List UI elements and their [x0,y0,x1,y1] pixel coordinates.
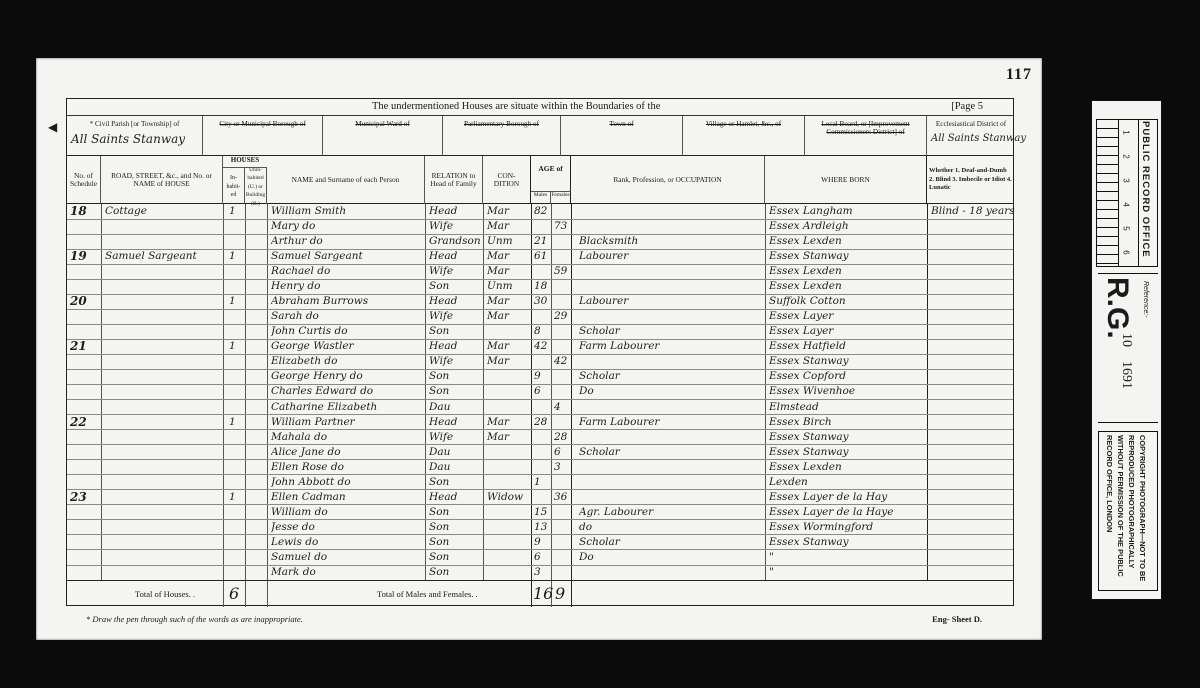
infirmity [931,430,1015,446]
infirmity [931,339,1015,355]
female-age: 6 [554,445,570,461]
relation: Wife [429,354,481,370]
where-born: Essex Lexden [769,279,925,295]
where-born: Essex Layer [769,324,925,340]
female-age: 28 [554,430,570,446]
inhabited-count [229,445,243,461]
relation: Head [429,204,481,220]
female-age [554,294,570,310]
road-or-house [105,565,221,581]
table-row: Arthur doGrandsonUnm21BlacksmithEssex Le… [67,234,1013,250]
road-or-house [105,384,221,400]
header-age: AGE of [531,156,571,192]
condition: Mar [487,204,529,220]
road-or-house [105,550,221,566]
person-name: Mary do [271,219,423,235]
header-where-born: WHERE BORN [765,156,927,204]
female-age: 29 [554,309,570,325]
inhabited-count [229,430,243,446]
inhabited-count: 1 [229,415,243,431]
road-or-house [105,430,221,446]
male-age: 1 [534,475,550,491]
header-schedule: No. of Schedule [67,156,101,204]
occupation: Labourer [579,249,763,265]
female-age [554,565,570,581]
relation: Head [429,415,481,431]
boundaries-banner: The undermentioned Houses are situate wi… [67,99,1013,116]
male-age: 82 [534,204,550,220]
header-houses: HOUSES [223,156,267,168]
schedule-number [70,369,100,385]
inhabited-count [229,264,243,280]
male-age: 9 [534,369,550,385]
condition: Mar [487,264,529,280]
relation: Son [429,520,481,536]
relation: Wife [429,430,481,446]
male-age [534,309,550,325]
male-age: 8 [534,324,550,340]
table-row: 201Abraham BurrowsHeadMar30LabourerSuffo… [67,294,1013,310]
where-born: Suffolk Cotton [769,294,925,310]
schedule-number [70,460,100,476]
occupation: do [579,520,763,536]
person-name: Samuel do [271,550,423,566]
occupation: Labourer [579,294,763,310]
condition: Mar [487,309,529,325]
inhabited-count [229,460,243,476]
male-age [534,354,550,370]
person-name: Sarah do [271,309,423,325]
male-age: 18 [534,279,550,295]
relation: Son [429,324,481,340]
schedule-number: 22 [70,415,100,431]
header-infirmity: Whether 1. Deaf-and-Dumb 2. Blind 3. Imb… [927,156,1015,204]
female-age [554,550,570,566]
road-or-house [105,535,221,551]
male-age: 9 [534,535,550,551]
inhabited-count [229,384,243,400]
archive-reference-tag: 1 2 3 4 5 6 PUBLIC RECORD OFFICE R.G. Re… [1091,100,1162,600]
schedule-number [70,475,100,491]
female-age [554,279,570,295]
village-cell: Village or Hamlet, &c., of [683,116,805,156]
person-name: Ellen Rose do [271,460,423,476]
table-row: Henry doSonUnm18Essex Lexden [67,279,1013,295]
inhabited-count [229,279,243,295]
relation: Head [429,249,481,265]
office-name: PUBLIC RECORD OFFICE [1140,121,1151,258]
infirmity [931,384,1015,400]
person-name: John Abbott do [271,475,423,491]
relation: Wife [429,219,481,235]
person-name: Lewis do [271,535,423,551]
female-age [554,535,570,551]
where-born: Essex Stanway [769,354,925,370]
ruler-number: 4 [1122,202,1131,206]
table-row: Catharine ElizabethDau4Elmstead [67,400,1013,416]
census-form: The undermentioned Houses are situate wi… [66,98,1014,606]
inhabited-count [229,324,243,340]
condition [487,369,529,385]
condition: Widow [487,490,529,506]
road-or-house [105,324,221,340]
female-age: 3 [554,460,570,476]
schedule-number [70,400,100,416]
table-row: John Curtis doSon8ScholarEssex Layer [67,324,1013,340]
schedule-number [70,279,100,295]
header-occupation: Rank, Profession, or OCCUPATION [571,156,765,204]
occupation [579,400,763,416]
inhabited-count [229,369,243,385]
road-or-house [105,339,221,355]
header-males: Males [531,192,551,204]
inhabited-count: 1 [229,339,243,355]
occupation [579,264,763,280]
female-age [554,475,570,491]
condition [487,535,529,551]
person-name: George Wastler [271,339,423,355]
table-row: 231Ellen CadmanHeadWidow36Essex Layer de… [67,490,1013,506]
schedule-number [70,324,100,340]
condition [487,550,529,566]
occupation: Scholar [579,445,763,461]
where-born: Essex Wivenhoe [769,384,925,400]
schedule-number: 23 [70,490,100,506]
relation: Wife [429,264,481,280]
footnote: * Draw the pen through such of the words… [86,614,303,624]
person-name: William Smith [271,204,423,220]
female-age [554,249,570,265]
person-name: Jesse do [271,520,423,536]
occupation [579,219,763,235]
ruler-number: 5 [1122,226,1131,230]
schedule-number [70,520,100,536]
schedule-number [70,565,100,581]
female-age [554,204,570,220]
male-age [534,264,550,280]
relation: Head [429,490,481,506]
where-born: Essex Layer de la Hay [769,490,925,506]
where-born: Essex Ardleigh [769,219,925,235]
female-age: 73 [554,219,570,235]
where-born: Lexden [769,475,925,491]
road-or-house [105,490,221,506]
table-row: George Henry doSon9ScholarEssex Copford [67,369,1013,385]
relation: Head [429,339,481,355]
road-or-house [105,294,221,310]
schedule-number: 19 [70,249,100,265]
table-row: William doSon15Agr. LabourerEssex Layer … [67,505,1013,521]
infirmity [931,445,1015,461]
local-board-cell: Local Board, or [Improvement Commissione… [805,116,927,156]
condition [487,324,529,340]
table-row: Mahala doWifeMar28Essex Stanway [67,430,1013,446]
where-born: Essex Lexden [769,234,925,250]
table-row: 211George WastlerHeadMar42Farm LabourerE… [67,339,1013,355]
infirmity [931,475,1015,491]
where-born: Elmstead [769,400,925,416]
male-age [534,460,550,476]
municipal-ward-cell: Municipal Ward of [323,116,443,156]
road-or-house [105,415,221,431]
schedule-number [70,264,100,280]
header-relation: RELATION to Head of Family [425,156,483,204]
male-age: 28 [534,415,550,431]
relation: Dau [429,460,481,476]
table-row: Charles Edward doSon6DoEssex Wivenhoe [67,384,1013,400]
female-age: 36 [554,490,570,506]
person-name: Arthur do [271,234,423,250]
table-row: Mark doSon3" [67,565,1013,581]
female-age [554,369,570,385]
condition [487,400,529,416]
table-row: John Abbott doSon1Lexden [67,475,1013,491]
relation: Grandson [429,234,481,250]
ecclesiastical-district-label: Ecclesiastical District of [927,120,1015,128]
relation: Son [429,369,481,385]
inhabited-count [229,234,243,250]
male-age: 30 [534,294,550,310]
where-born: Essex Lexden [769,460,925,476]
schedule-number [70,219,100,235]
infirmity [931,400,1015,416]
male-age [534,490,550,506]
road-or-house [105,369,221,385]
relation: Dau [429,400,481,416]
where-born: Essex Layer [769,309,925,325]
road-or-house [105,505,221,521]
infirmity [931,565,1015,581]
infirmity [931,324,1015,340]
inhabited-count [229,550,243,566]
condition [487,565,529,581]
person-name: William do [271,505,423,521]
column-headers: No. of Schedule ROAD, STREET, &c., and N… [67,156,1013,204]
infirmity [931,264,1015,280]
inhabited-count [229,475,243,491]
table-row: Mary doWifeMar73Essex Ardleigh [67,219,1013,235]
total-houses-label: Total of Houses. . [135,589,195,599]
road-or-house [105,279,221,295]
road-or-house [105,475,221,491]
where-born: Essex Layer de la Haye [769,505,925,521]
folio-number: 117 [1006,66,1032,84]
inhabited-count: 1 [229,490,243,506]
person-name: Catharine Elizabeth [271,400,423,416]
infirmity [931,550,1015,566]
where-born: Essex Copford [769,369,925,385]
inhabited-count [229,565,243,581]
boundaries-row: * Civil Parish [or Township] of All Sain… [67,116,1013,156]
relation: Son [429,505,481,521]
road-or-house [105,445,221,461]
occupation [579,204,763,220]
occupation: Scholar [579,324,763,340]
where-born: Essex Stanway [769,430,925,446]
occupation: Scholar [579,535,763,551]
totals-row: Total of Houses. . 6 Total of Males and … [67,580,1013,607]
condition: Mar [487,219,529,235]
infirmity [931,354,1015,370]
condition: Mar [487,249,529,265]
civil-parish-value: All Saints Stanway [71,135,185,143]
relation: Son [429,475,481,491]
male-age [534,445,550,461]
person-name: Samuel Sargeant [271,249,423,265]
schedule-number [70,309,100,325]
total-males-value: 16 [533,584,553,603]
inhabited-count [229,400,243,416]
where-born: " [769,550,925,566]
male-age: 6 [534,550,550,566]
table-row: Ellen Rose doDau3Essex Lexden [67,460,1013,476]
condition: Unm [487,234,529,250]
relation: Son [429,550,481,566]
occupation [579,279,763,295]
municipal-borough-cell: City or Municipal Borough of [203,116,323,156]
inhabited-count [229,520,243,536]
inhabited-count: 1 [229,204,243,220]
infirmity [931,415,1015,431]
reference-class: R.G. [1100,277,1134,339]
table-row: Jesse doSon13doEssex Wormingford [67,520,1013,536]
table-row: Alice Jane doDau6ScholarEssex Stanway [67,445,1013,461]
civil-parish-label: * Civil Parish [or Township] of [67,120,202,128]
ruler-number: 1 [1122,130,1131,134]
occupation [579,430,763,446]
male-age: 21 [534,234,550,250]
female-age [554,505,570,521]
relation: Head [429,294,481,310]
where-born: Essex Birch [769,415,925,431]
where-born: Essex Langham [769,204,925,220]
total-houses-value: 6 [229,584,239,603]
person-name: Mark do [271,565,423,581]
census-rows: 18Cottage1William SmithHeadMar82Essex La… [67,204,1013,580]
civil-parish-cell: * Civil Parish [or Township] of All Sain… [67,116,203,156]
infirmity [931,535,1015,551]
person-name: Elizabeth do [271,354,423,370]
occupation [579,309,763,325]
inhabited-count [229,354,243,370]
where-born: Essex Wormingford [769,520,925,536]
occupation: Agr. Labourer [579,505,763,521]
table-row: Samuel doSon6Do" [67,550,1013,566]
schedule-number [70,445,100,461]
road-or-house [105,219,221,235]
condition: Unm [487,279,529,295]
ecclesiastical-district-value: All Saints Stanway [931,135,1026,143]
table-row: 18Cottage1William SmithHeadMar82Essex La… [67,204,1013,220]
infirmity [931,309,1015,325]
male-age [534,430,550,446]
reference-series-piece: 10 1691 [1118,333,1134,389]
occupation: Farm Labourer [579,339,763,355]
schedule-number [70,535,100,551]
table-row: Sarah doWifeMar29Essex Layer [67,309,1013,325]
banner-text: The undermentioned Houses are situate wi… [372,101,660,112]
occupation [579,354,763,370]
where-born: " [769,565,925,581]
schedule-number [70,550,100,566]
female-age [554,520,570,536]
ruler-number: 2 [1122,154,1131,158]
person-name: Mahala do [271,430,423,446]
inhabited-count [229,309,243,325]
condition: Mar [487,354,529,370]
infirmity [931,249,1015,265]
schedule-number [70,430,100,446]
occupation: Scholar [579,369,763,385]
total-females-value: 9 [555,584,565,603]
person-name: Charles Edward do [271,384,423,400]
condition [487,520,529,536]
road-or-house [105,309,221,325]
road-or-house [105,234,221,250]
table-row: Elizabeth doWifeMar42Essex Stanway [67,354,1013,370]
reference-label: Reference:- [1142,281,1149,318]
ruler-numbers: 1 2 3 4 5 6 [1119,120,1139,266]
condition [487,475,529,491]
infirmity [931,505,1015,521]
person-name: Alice Jane do [271,445,423,461]
sheet-id: Eng- Sheet D. [932,614,982,624]
road-or-house [105,520,221,536]
schedule-number: 18 [70,204,100,220]
infirmity [931,520,1015,536]
road-or-house: Cottage [105,204,221,220]
occupation [579,565,763,581]
schedule-number [70,234,100,250]
occupation: Farm Labourer [579,415,763,431]
condition [487,505,529,521]
person-name: Abraham Burrows [271,294,423,310]
female-age: 4 [554,400,570,416]
infirmity [931,369,1015,385]
occupation [579,490,763,506]
municipal-ward-label: Municipal Ward of [323,120,442,128]
occupation: Blacksmith [579,234,763,250]
person-name: George Henry do [271,369,423,385]
infirmity [931,294,1015,310]
person-name: Rachael do [271,264,423,280]
table-row: Rachael doWifeMar59Essex Lexden [67,264,1013,280]
header-condition: CON-DITION [483,156,531,204]
reference-piece: 1691 [1119,361,1134,389]
relation: Son [429,279,481,295]
infirmity [931,279,1015,295]
infirmity [931,219,1015,235]
ecclesiastical-district-cell: Ecclesiastical District of All Saints St… [927,116,1015,156]
condition: Mar [487,430,529,446]
female-age: 42 [554,354,570,370]
person-name: John Curtis do [271,324,423,340]
inhabited-count [229,505,243,521]
municipal-borough-label: City or Municipal Borough of [203,120,322,128]
occupation [579,475,763,491]
male-age: 3 [534,565,550,581]
ruler-ticks [1097,120,1119,266]
copyright-notice: COPYRIGHT PHOTOGRAPH—NOT TO BE REPRODUCE… [1104,435,1148,587]
occupation [579,460,763,476]
where-born: Essex Stanway [769,535,925,551]
male-age: 42 [534,339,550,355]
male-age: 13 [534,520,550,536]
relation: Son [429,384,481,400]
relation: Son [429,565,481,581]
infirmity: Blind - 18 years [931,204,1015,220]
male-age: 6 [534,384,550,400]
